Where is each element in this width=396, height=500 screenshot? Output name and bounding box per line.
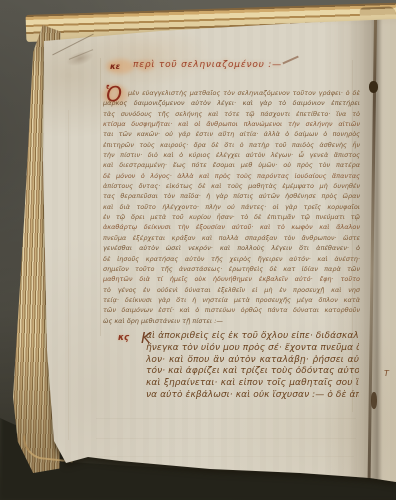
commentary-line: δὲ ἰησοῦς κρατήσας αὐτὸν τῆς χειρὸς ἤγει…: [103, 254, 360, 264]
gospel-line: ἤνεγκα τὸν υἱόν μου πρὸς σέ· ἔχοντα πνεῦ…: [146, 343, 359, 355]
gospel-line: αὶ ἀποκριθεὶς εἷς ἐκ τοῦ ὄχλου εἶπε· διδ…: [146, 331, 359, 343]
commentary-line: ἀπίστους ὄντας· εἰκότως δὲ καὶ τοὺς μαθη…: [103, 181, 360, 191]
chapter-number-top: κε: [110, 62, 120, 71]
commentary-line: μὲν εὐαγγελιστὴς ματθαῖος τὸν σεληνιαζόμ…: [103, 88, 360, 98]
commentary-line: καὶ διεστραμμένη· ἕως πότε ἔσομαι μεθ ὑμ…: [103, 160, 360, 170]
gospel-line: να αὐτὸ ἐκβάλωσι· καὶ οὐκ ἴσχυσαν :— ὁ δ…: [146, 390, 359, 402]
chapter-heading: περὶ τοῦ σεληνιαζομένου :—: [133, 60, 282, 70]
gospel-line: λον· καὶ ὅπου ἂν αὐτὸν καταλάβῃ· ῥήσσει …: [146, 355, 359, 367]
manuscript-photo: κε περὶ τοῦ σεληνιαζομένου :— Ὁ μὲν εὐαγ…: [0, 0, 396, 500]
commentary-line: τὴν πίστιν· διὸ καὶ ὁ κύριος ἐλέγχει αὐτ…: [103, 150, 360, 160]
chapter-number-bottom: κϛ: [118, 333, 129, 343]
commentary-line: τας θεραπεῦσαι τὸν παῖδα· ἡ γὰρ πίστις α…: [103, 191, 360, 201]
gutter-spine-strip: [381, 17, 396, 480]
commentary-line: μαθητῶν διὰ τί ἡμεῖς οὐκ ἠδυνήθημεν ἐκβα…: [103, 274, 360, 284]
commentary-line: τείᾳ· δείκνυσι γὰρ ὅτι ἡ νηστεία μετὰ πρ…: [103, 295, 360, 305]
right-margin-mark: Τ: [384, 369, 389, 378]
ruling-line-horizontal: [96, 438, 356, 439]
gospel-line: τόν· καὶ ἀφρίζει καὶ τρίζει τοὺς ὀδόντας…: [146, 366, 359, 378]
commentary-line: σημεῖον τοῦτο τῆς ἀναστάσεως· ἐρωτηθεὶς …: [103, 264, 360, 274]
commentary-line: δὲ μόνον ὁ λόγος· ἀλλὰ καὶ πρὸς τοὺς παρ…: [103, 171, 360, 181]
commentary-line: τὸ γένος ἐν οὐδενὶ δύναται ἐξελθεῖν εἰ μ…: [103, 285, 360, 295]
gutter-dark-mark: [371, 392, 377, 409]
commentary-line: τῶν δαιμόνων ἐστί· καὶ ὁ πιστεύων ὀρθῶς …: [103, 305, 360, 315]
commentary-line: τὰς συνόδους τῆς σελήνης καὶ τότε τῷ πάσ…: [103, 109, 360, 119]
commentary-line: ἀκαθάρτῳ δείκνυσι τὴν ἐξουσίαν αὐτοῦ· κα…: [103, 222, 360, 232]
ruling-line-horizontal: [96, 418, 356, 419]
commentary-line: ἐπιτηρῶν τοὺς καιρούς· ὅρα δὲ ὅτι ὁ πατὴ…: [103, 140, 360, 150]
commentary-line: ἐν τῷ ὄρει μετὰ τοῦ κυρίου ἦσαν· τὸ δὲ ἐ…: [103, 212, 360, 222]
gospel-line: καὶ ξηραίνεται· καὶ εἶπον τοῖς μαθηταῖς …: [146, 378, 359, 390]
commentary-line: γενέσθαι αὐτὸν ὡσεὶ νεκρόν· καὶ πολλοὺς …: [103, 243, 360, 253]
commentary-text-block: μὲν εὐαγγελιστὴς ματθαῖος τὸν σεληνιαζόμ…: [103, 88, 360, 326]
commentary-line: ὡς καὶ ὄρη μεθιστάνειν τῇ πίστει :—: [103, 316, 360, 326]
ruling-line-vertical: [68, 110, 69, 440]
gospel-text-block: αὶ ἀποκριθεὶς εἷς ἐκ τοῦ ὄχλου εἶπε· διδ…: [146, 331, 359, 402]
gutter-tear-notch: [369, 81, 378, 93]
commentary-line: κτίσμα δυσφημῆται· καὶ οἱ ἄνθρωποι πλανώ…: [103, 119, 360, 129]
commentary-line: καὶ διὰ τοῦτο ἠλέγχοντο· πλὴν οὐ πάντες·…: [103, 202, 360, 212]
commentary-line: ται τῶν κακῶν· οὐ γάρ ἐστιν αὕτη αἰτία· …: [103, 129, 360, 139]
ruling-line-vertical: [100, 58, 101, 336]
ruling-line-horizontal: [96, 456, 354, 457]
commentary-line: μάρκος δαιμονιζόμενον αὐτὸν λέγει· καὶ γ…: [103, 98, 360, 108]
commentary-line: πνεῦμα ἐξέρχεται κράξαν καὶ πολλὰ σπαράξ…: [103, 233, 360, 243]
